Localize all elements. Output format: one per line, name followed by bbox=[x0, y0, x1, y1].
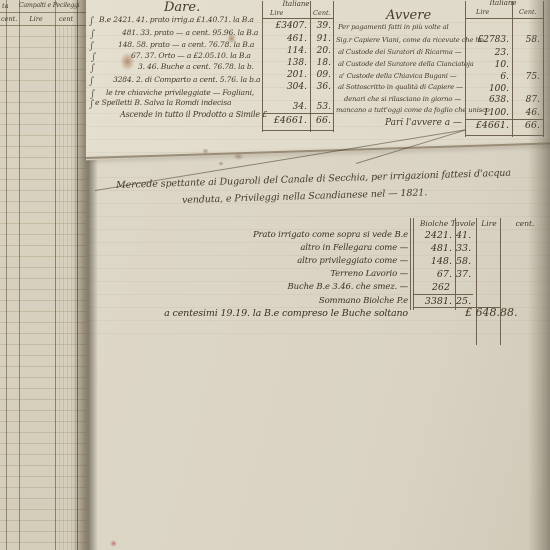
left-span-header: Campalti e Pecileggi bbox=[19, 3, 79, 9]
lower-header-lire: Lire bbox=[478, 220, 500, 228]
lower-row-label: altro in Fellegara come — bbox=[240, 244, 408, 253]
dare-amount-cent: 18. bbox=[312, 59, 331, 68]
avere-row-text: denari che si rilasciano in giorno — bbox=[344, 96, 461, 103]
dare-margin-mark: ∫ bbox=[89, 100, 94, 110]
dare-box-header-line bbox=[262, 18, 333, 19]
manuscript-ledger-page: ta cent. Campalti e Pecileggi Lire cent … bbox=[0, 0, 550, 550]
lower-row-biolche: 2421. bbox=[412, 231, 452, 241]
left-col-line-1 bbox=[6, 0, 7, 550]
dare-total-lire: £4661. bbox=[260, 116, 307, 126]
left-col1-header-bottom: cent. bbox=[1, 16, 17, 23]
dare-box-bottom-line bbox=[262, 130, 333, 131]
lower-row-label: altro privileggiato come — bbox=[240, 257, 408, 266]
avere-row-text: a' Custode della Chiavica Bugani — bbox=[339, 73, 456, 80]
lower-row-label: Terreno Lavorio — bbox=[240, 270, 408, 279]
lower-grand-total: £ 648.88. bbox=[465, 307, 517, 318]
avere-total-lire: £4661. bbox=[463, 121, 509, 131]
lower-table-double-line-a bbox=[410, 218, 411, 310]
lower-header-tavole: Tavole bbox=[450, 220, 476, 228]
avere-amount-lire: 23. bbox=[467, 49, 509, 58]
avere-amount-lire: 10. bbox=[467, 61, 509, 70]
lower-row-biolche: 148. bbox=[412, 257, 452, 267]
dare-row-text: le tre chiaviche privileggiate — Foglian… bbox=[106, 89, 254, 97]
dare-row-text: 481. 33. prato — a cent. 95.96. la B.a bbox=[122, 29, 258, 37]
avere-box-mid-line bbox=[512, 1, 513, 137]
avere-amount-lire: £2783. bbox=[467, 36, 509, 45]
dare-amount-cent: 20. bbox=[312, 47, 331, 56]
avere-amount-lire: 100. bbox=[467, 85, 509, 94]
dare-margin-mark: ∫ bbox=[90, 30, 95, 40]
dare-margin-mark: ∫ bbox=[89, 17, 94, 27]
left-sub-lire: Lire bbox=[22, 16, 50, 23]
dare-margin-mark: ∫ bbox=[89, 77, 94, 87]
avere-row-text: Pari l'avvere a — bbox=[385, 119, 462, 128]
avere-row-text: Per pagamenti fatti in più volte al bbox=[338, 24, 449, 31]
avere-lire-header: Lire bbox=[476, 9, 489, 16]
avere-amount-lire: 6. bbox=[467, 73, 509, 82]
right-paper-edge bbox=[528, 0, 550, 550]
dare-amount-cent: 53. bbox=[312, 103, 331, 112]
avere-row-text: Sig.r Capiere Viani, come da ricevute ch… bbox=[336, 37, 484, 44]
left-col1-header-top: ta bbox=[2, 3, 9, 10]
dare-amount-lire: 138. bbox=[264, 59, 307, 68]
lower-row-biolche: 481. bbox=[412, 244, 452, 254]
dare-margin-mark: ∫ bbox=[89, 42, 94, 52]
dare-cent-header: Cent. bbox=[313, 10, 331, 17]
lower-row-tavole: 41. bbox=[456, 231, 471, 241]
avere-row-text: al Sottoscritto in qualità di Capiere — bbox=[338, 84, 463, 91]
dare-amount-lire: £3407. bbox=[264, 22, 307, 31]
dare-margin-mark: ∫ bbox=[91, 53, 96, 63]
dare-amount-cent: 36. bbox=[312, 83, 331, 92]
lower-sum-label: Sommano Biolche P.e bbox=[300, 297, 408, 306]
lower-row-tavole: 37. bbox=[456, 270, 471, 280]
dare-amount-cent: 09. bbox=[312, 71, 331, 80]
dare-amount-cent: 91. bbox=[312, 35, 331, 44]
lower-table-col-line-3 bbox=[500, 218, 501, 345]
lower-table-col-line-2 bbox=[476, 218, 477, 345]
lower-row-tavole: 33. bbox=[456, 244, 471, 254]
dare-box-right-line bbox=[333, 1, 334, 132]
avere-row-text: al Custode dei Suratori di Ricarma — bbox=[338, 49, 461, 56]
avere-row-text: al Custode del Suratore della Cianciatoj… bbox=[338, 61, 474, 68]
lower-row-label: Prato irrigato come sopra si vede B.e bbox=[240, 231, 408, 240]
avere-amount-lire: 638. bbox=[467, 96, 509, 105]
dare-amount-lire: 114. bbox=[264, 47, 307, 56]
dare-currency-header: Italiane bbox=[264, 1, 328, 8]
dare-row-text: Ascende in tutto il Prodotto a Simile £ bbox=[120, 111, 267, 119]
dare-amount-cent: 39. bbox=[312, 22, 331, 31]
dare-row-text: 3. 46. Buche a cent. 76.78. la b. bbox=[138, 63, 254, 71]
dare-lire-header: Lire bbox=[270, 10, 283, 17]
avere-box-left-line bbox=[465, 1, 466, 137]
dare-amount-lire: 34. bbox=[264, 103, 307, 112]
avere-title: Avvere bbox=[386, 9, 431, 22]
dare-row-text: e Spelletti B. Salva la Romdi indecisa bbox=[95, 99, 231, 107]
dare-row-text: 3284. 2. di Comparto a cent. 5.76. la b.… bbox=[113, 76, 260, 84]
left-col-line-3 bbox=[55, 0, 56, 550]
lower-row-tavole: 58. bbox=[456, 257, 471, 267]
dare-row-text: B.e 2421. 41. prato irrig.a £1.40.71. la… bbox=[99, 16, 254, 24]
avere-amount-lire: 1100. bbox=[467, 109, 509, 118]
lower-row-label: Buche B.e 3.46. che smez. — bbox=[240, 283, 408, 292]
lower-sum-biolche: 3381. bbox=[412, 297, 452, 307]
dare-margin-mark: ∫ bbox=[90, 64, 95, 74]
dare-amount-lire: 201. bbox=[264, 71, 307, 80]
left-col-line-2 bbox=[19, 0, 20, 550]
account-sheet: Dare. ∫ ∫ ∫ ∫ ∫ ∫ ∫ ∫ B.e 2421. 41. prat… bbox=[86, 0, 550, 162]
lower-sum-top-line bbox=[413, 294, 473, 295]
lower-header-biolche: Biolche bbox=[414, 220, 454, 228]
dare-row-text: 67. 37. Orto — a £2.05.10. la B.a bbox=[131, 52, 251, 60]
dare-total-top-line bbox=[262, 113, 333, 114]
lower-row-biolche: 262 bbox=[412, 283, 450, 293]
dare-row-text: 148. 58. prato — a cent. 76.78. la B.a bbox=[118, 41, 254, 49]
lower-row-biolche: 67. bbox=[412, 270, 452, 280]
dare-amount-lire: 461. bbox=[264, 35, 307, 44]
dare-title: Dare. bbox=[164, 1, 200, 14]
dare-amount-lire: 304. bbox=[264, 83, 307, 92]
lower-rate-line: a centesimi 19.19. la B.e compreso le Bu… bbox=[130, 309, 408, 319]
dare-total-cent: 66. bbox=[312, 116, 331, 126]
